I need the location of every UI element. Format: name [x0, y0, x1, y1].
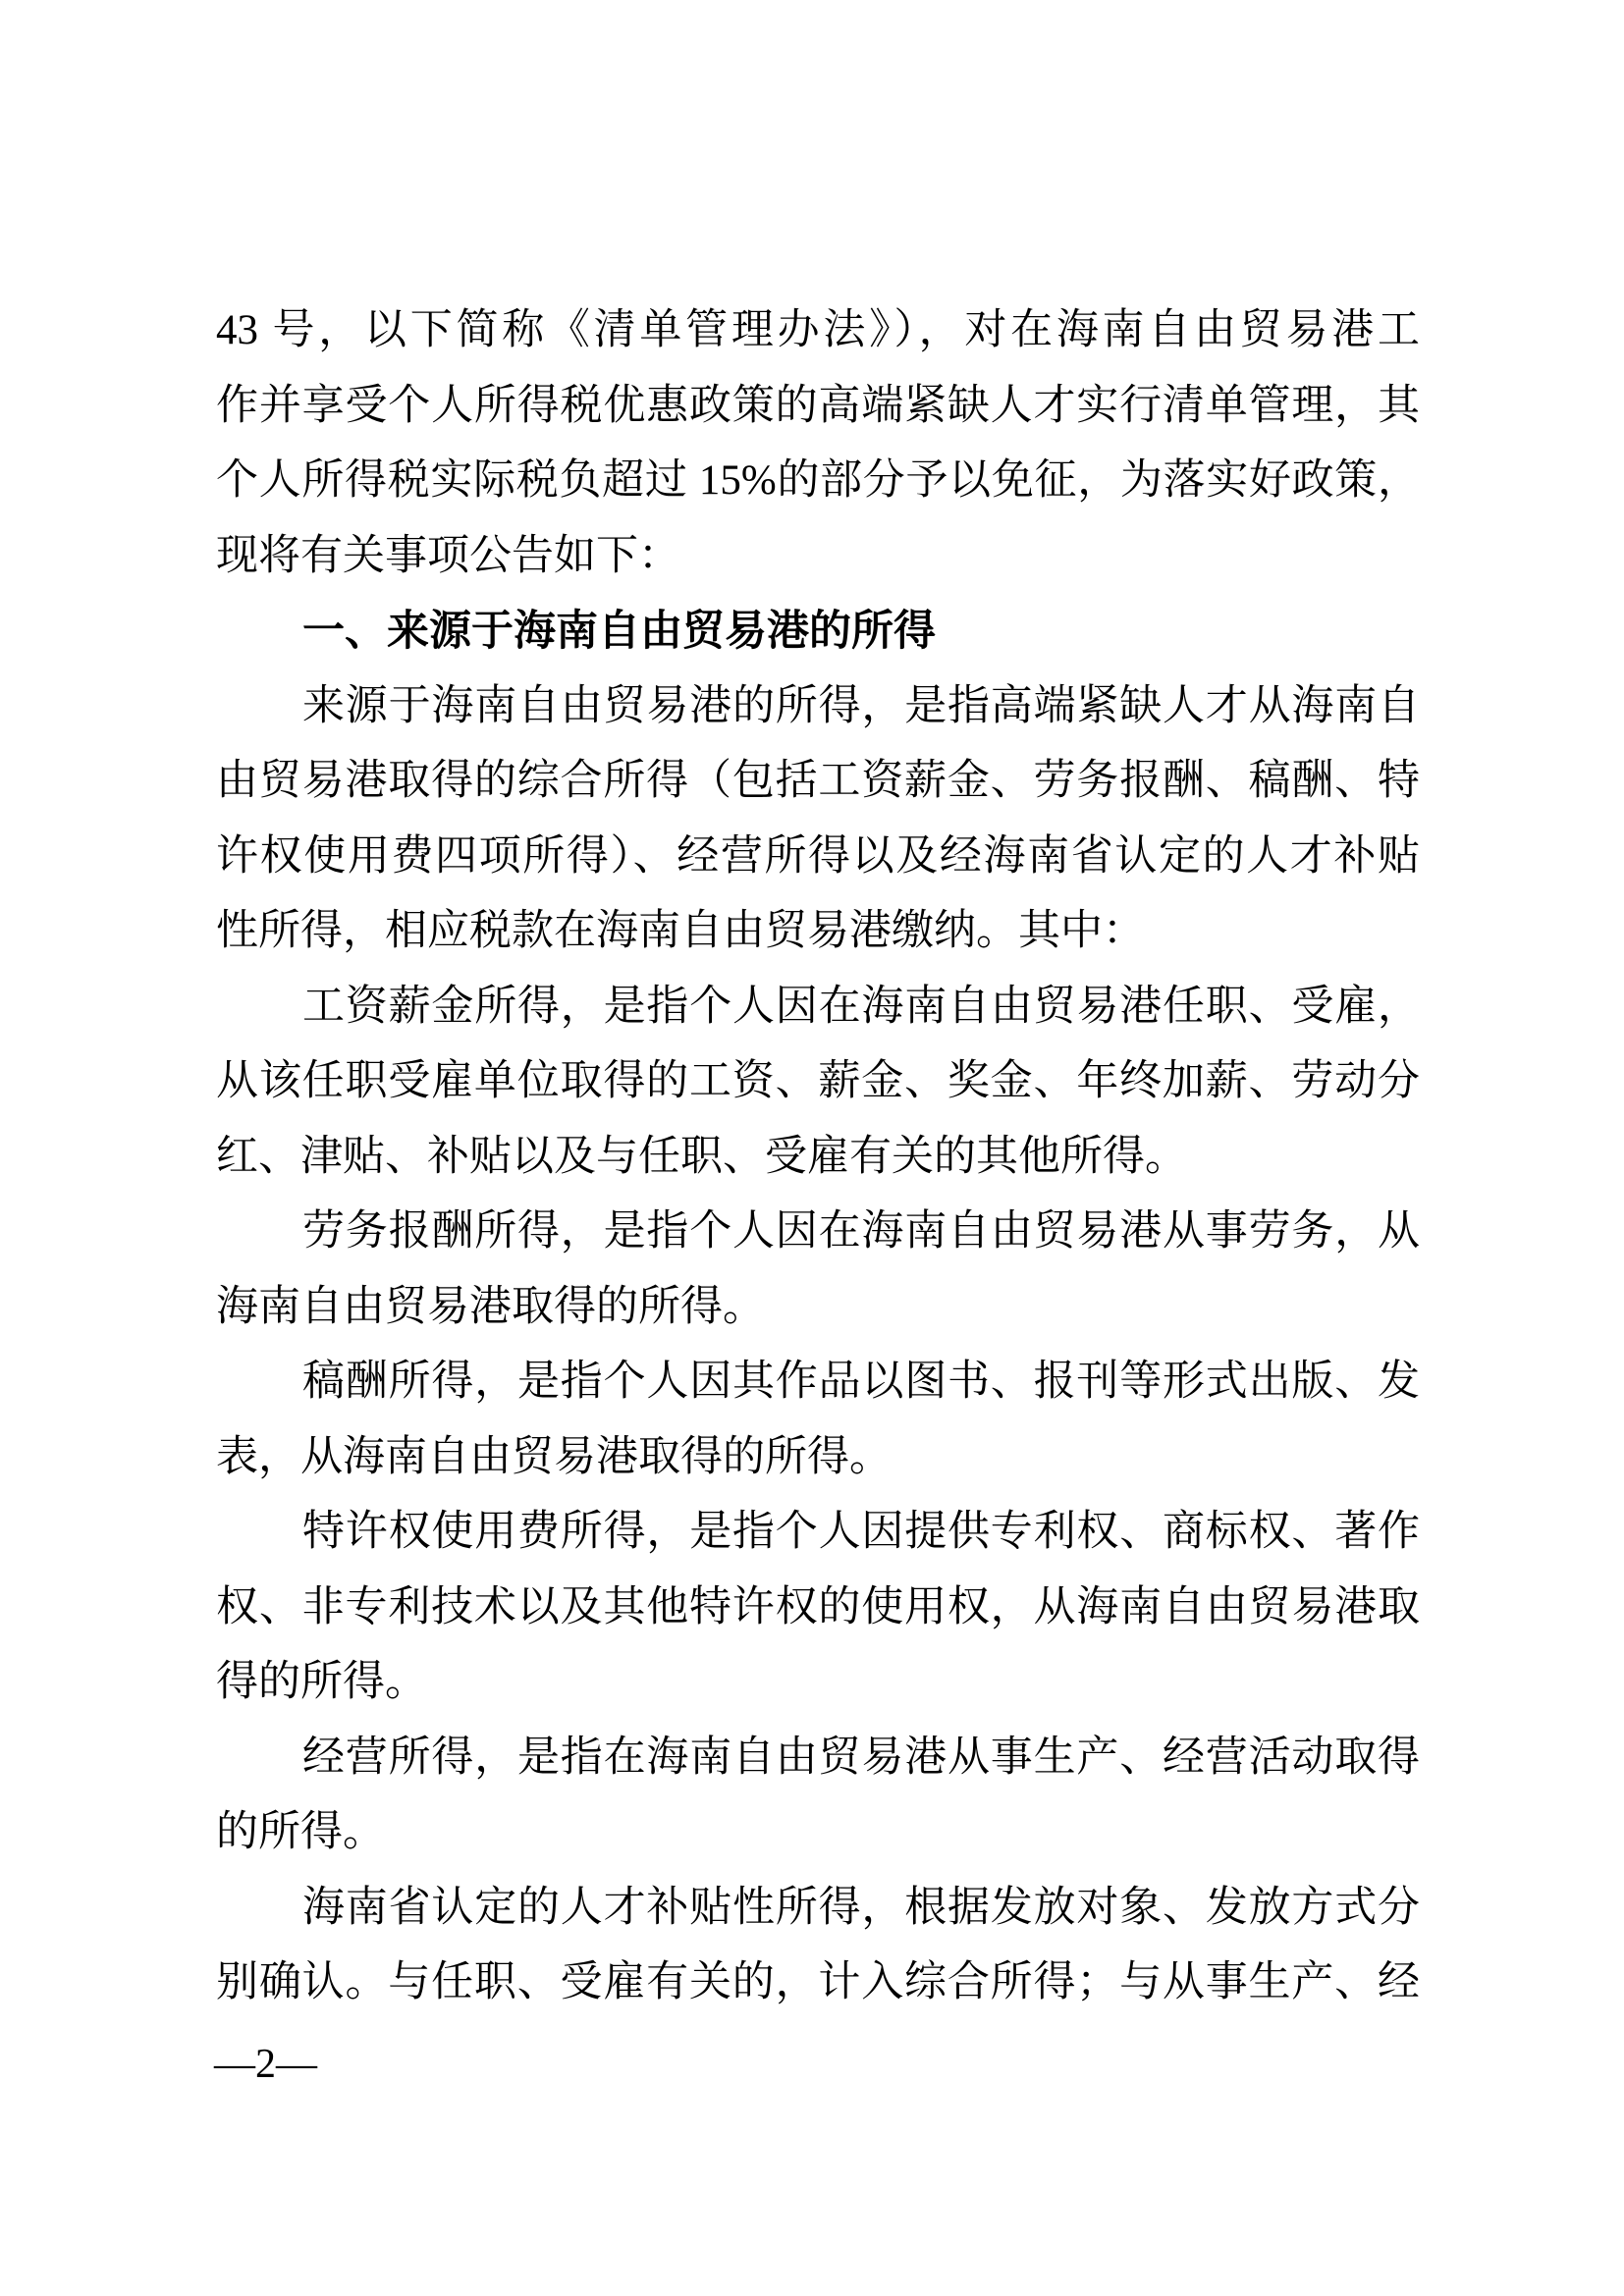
- document-page: 43 号，以下简称《清单管理办法》），对在海南自由贸易港工 作并享受个人所得税优…: [0, 0, 1624, 2296]
- body-line: 现将有关事项公告如下：: [216, 519, 1420, 595]
- body-line: 来源于海南自由贸易港的所得，是指高端紧缺人才从海南自: [216, 669, 1420, 745]
- body-line: 劳务报酬所得，是指个人因在海南自由贸易港从事劳务，从: [216, 1195, 1420, 1270]
- body-line: 的所得。: [216, 1795, 1420, 1871]
- body-line: 由贸易港取得的综合所得（包括工资薪金、劳务报酬、稿酬、特: [216, 744, 1420, 820]
- body-line: 海南自由贸易港取得的所得。: [216, 1270, 1420, 1346]
- body-line: 特许权使用费所得，是指个人因提供专利权、商标权、著作: [216, 1495, 1420, 1571]
- body-line: 海南省认定的人才补贴性所得，根据发放对象、发放方式分: [216, 1871, 1420, 1947]
- body-line: 43 号，以下简称《清单管理办法》），对在海南自由贸易港工: [216, 294, 1420, 369]
- body-line: 得的所得。: [216, 1645, 1420, 1721]
- section-heading: 一、来源于海南自由贸易港的所得: [216, 594, 1420, 669]
- body-line: 权、非专利技术以及其他特许权的使用权，从海南自由贸易港取: [216, 1571, 1420, 1646]
- body-line: 稿酬所得，是指个人因其作品以图书、报刊等形式出版、发: [216, 1345, 1420, 1420]
- body-line: 性所得，相应税款在海南自由贸易港缴纳。其中：: [216, 894, 1420, 970]
- body-line: 从该任职受雇单位取得的工资、薪金、奖金、年终加薪、劳动分: [216, 1044, 1420, 1120]
- body-line: 作并享受个人所得税优惠政策的高端紧缺人才实行清单管理，其: [216, 369, 1420, 445]
- body-line: 表，从海南自由贸易港取得的所得。: [216, 1420, 1420, 1496]
- body-line: 红、津贴、补贴以及与任职、受雇有关的其他所得。: [216, 1120, 1420, 1196]
- body-line: 许权使用费四项所得）、经营所得以及经海南省认定的人才补贴: [216, 820, 1420, 895]
- body-line: 经营所得，是指在海南自由贸易港从事生产、经营活动取得: [216, 1721, 1420, 1796]
- page-number: —2—: [214, 2042, 317, 2087]
- body-line: 工资薪金所得，是指个人因在海南自由贸易港任职、受雇，: [216, 970, 1420, 1045]
- body-line: 别确认。与任职、受雇有关的，计入综合所得；与从事生产、经: [216, 1946, 1420, 2021]
- document-body: 43 号，以下简称《清单管理办法》），对在海南自由贸易港工 作并享受个人所得税优…: [216, 294, 1420, 2021]
- body-line: 个人所得税实际税负超过 15%的部分予以免征，为落实好政策，: [216, 444, 1420, 519]
